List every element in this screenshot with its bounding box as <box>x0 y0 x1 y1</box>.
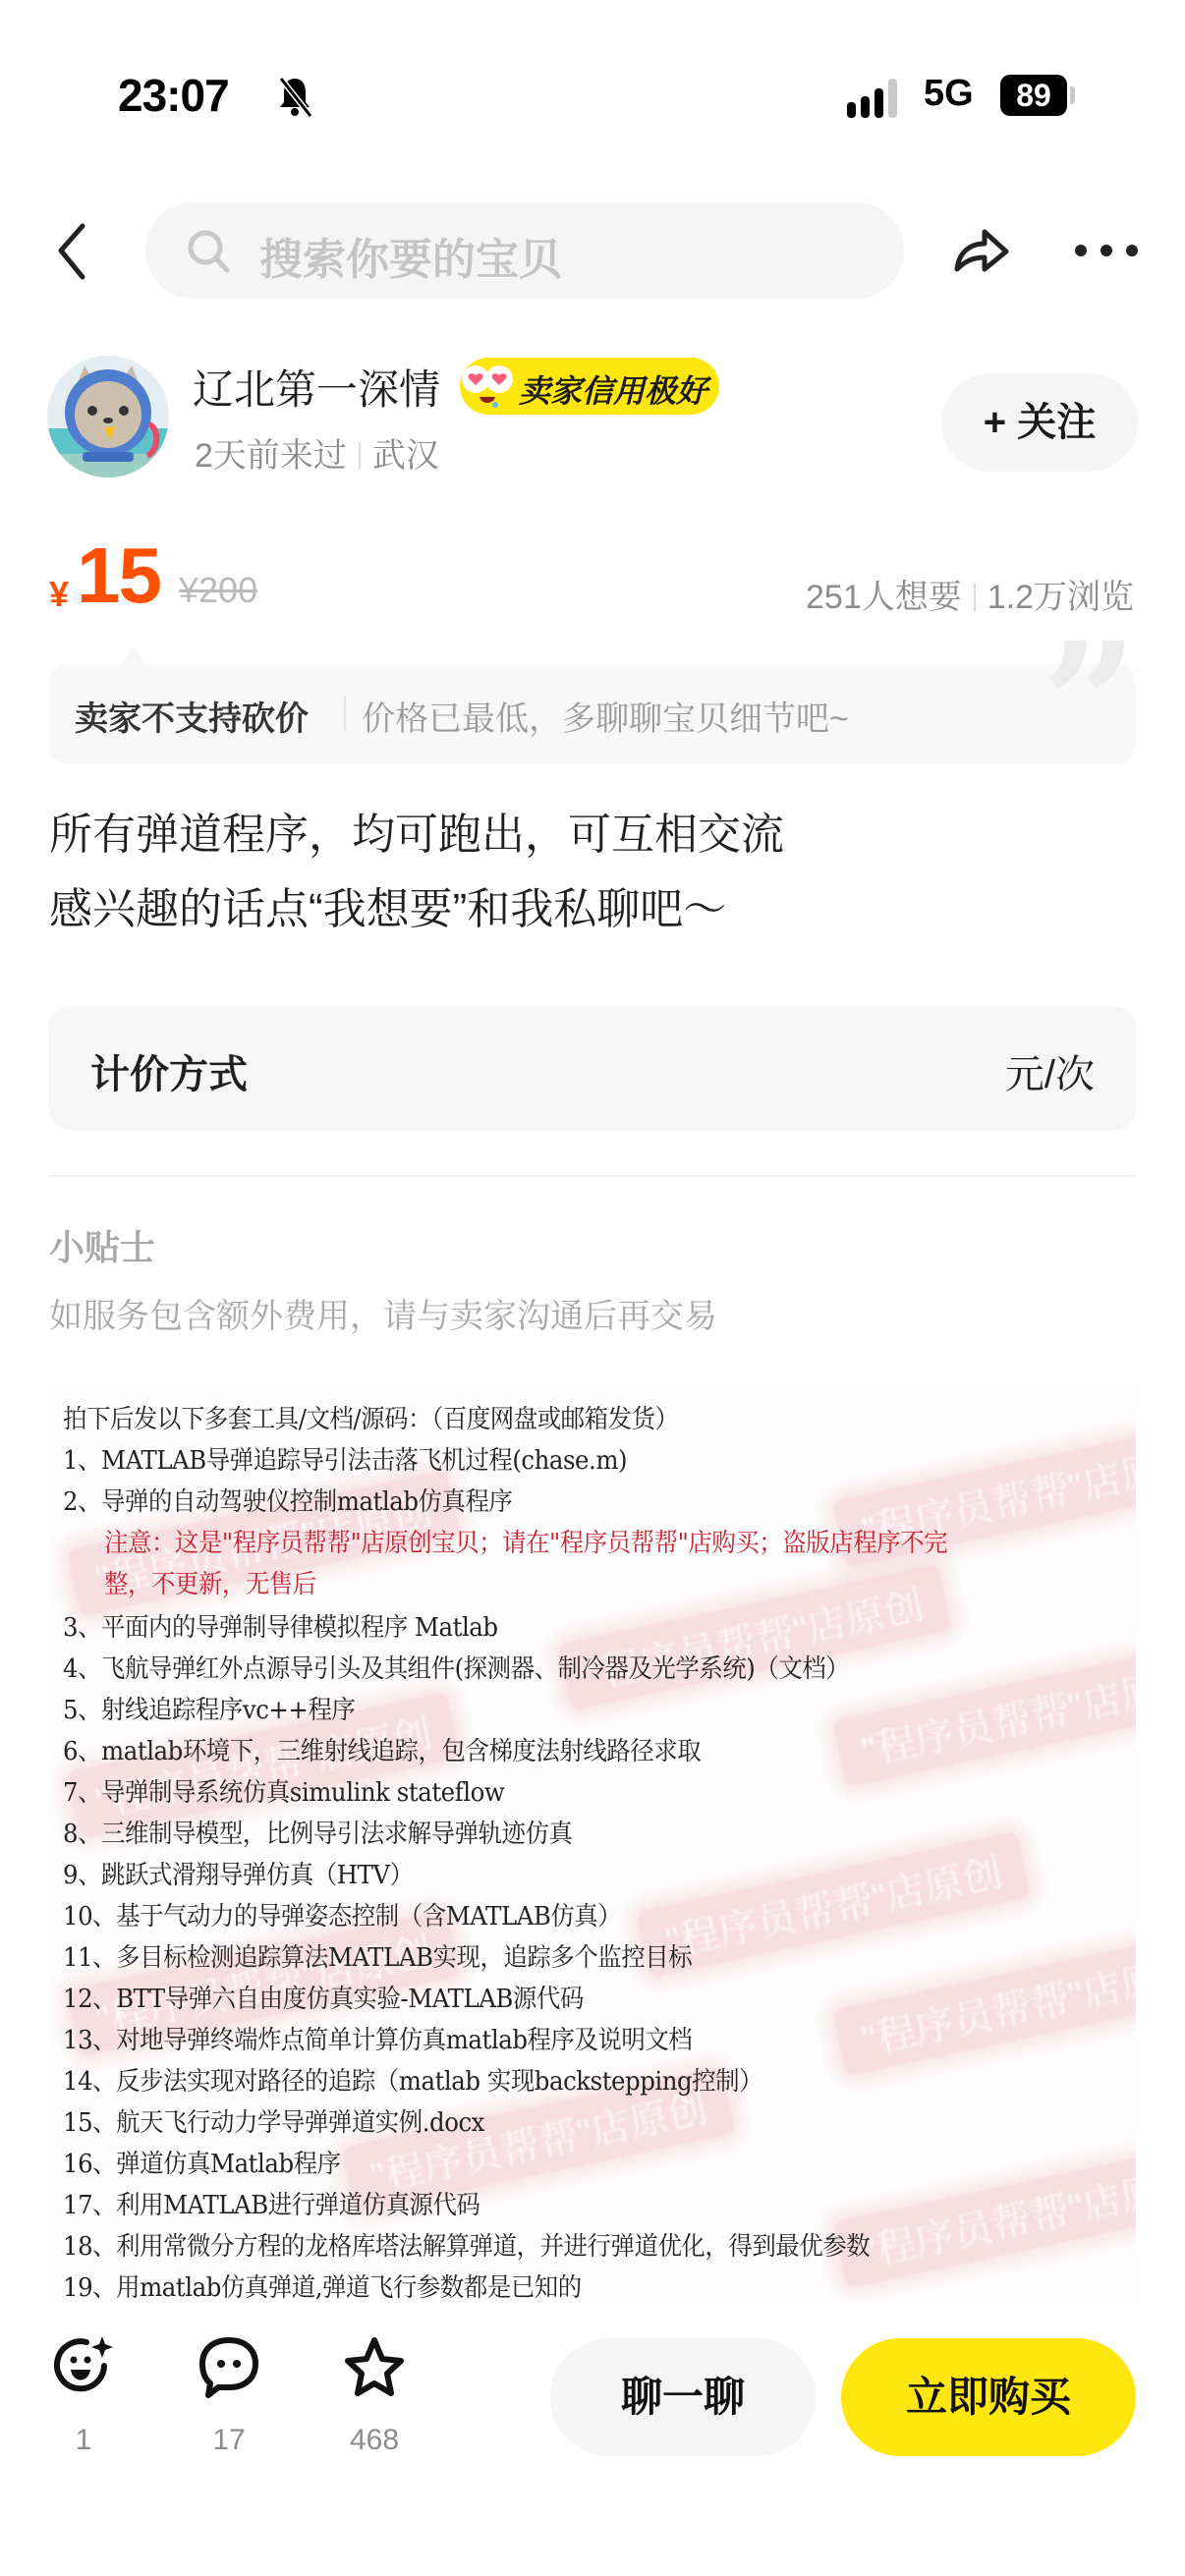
bottom-action-bar: 1 17 468 聊一聊 立即购买 <box>0 2303 1185 2576</box>
status-bar: 23:07 5G 89 <box>0 0 1185 187</box>
pricing-method-card: 计价方式 元/次 <box>49 1006 1136 1130</box>
description-line: 所有弹道程序，均可跑出，可互相交流 <box>49 798 1130 872</box>
bargain-note: ” 卖家不支持砍价 价格已最低，多聊聊宝贝细节吧~ <box>49 664 1136 764</box>
follow-button[interactable]: + 关注 <box>941 373 1138 472</box>
image-list-item: 6、matlab环境下，三维射线追踪，包含梯度法射线路径求取 <box>63 1731 701 1767</box>
bubble-tail <box>120 646 147 666</box>
pricing-method-value: 元/次 <box>1005 1043 1095 1099</box>
description-line: 感兴趣的话点“我想要”和我私聊吧～ <box>49 872 1130 947</box>
quote-mark-icon: ” <box>1042 621 1138 788</box>
bargain-title: 卖家不支持砍价 <box>75 692 309 740</box>
image-notice-line: 整，不更新，无售后 <box>104 1564 316 1600</box>
image-list-item: 12、BTT导弹六自由度仿真实验-MATLAB源代码 <box>63 1979 584 2015</box>
sparkle-smile-icon <box>49 2332 118 2401</box>
credit-badge: 卖家信用极好 <box>460 358 719 415</box>
image-list-item: 2、导弹的自动驾驶仪控制matlab仿真程序 <box>63 1482 512 1518</box>
chat-button[interactable]: 聊一聊 <box>550 2338 816 2456</box>
favorite-count: 468 <box>330 2424 419 2457</box>
comment-bubble-icon <box>195 2332 263 2401</box>
price-row: ¥ 15 ¥200 251人想要1.2万浏览 <box>0 531 1185 619</box>
watermark: "程序员帮帮"店原创 <box>557 1564 952 1711</box>
watermark: "程序员帮帮"店原创 <box>832 1641 1136 1788</box>
price-currency: ¥ <box>49 574 69 615</box>
image-list-item: 18、利用常微分方程的龙格库塔法解算弹道，并进行弹道优化，得到最优参数 <box>63 2226 870 2263</box>
heart-eyes-emoji-icon <box>460 360 515 413</box>
seller-meta: 2天前来过武汉 <box>195 428 439 476</box>
image-list-item: 19、用matlab仿真弹道,弹道飞行参数都是已知的 <box>63 2268 582 2303</box>
image-list-item: 14、反步法实现对路径的追踪（matlab 实现backstepping控制） <box>63 2061 762 2098</box>
tips-text: 如服务包含额外费用，请与卖家沟通后再交易 <box>49 1289 717 1337</box>
nav-bar: 搜索你要的宝贝 <box>0 196 1185 305</box>
bargain-text: 价格已最低，多聊聊宝贝细节吧~ <box>362 692 849 740</box>
search-placeholder: 搜索你要的宝贝 <box>259 224 562 287</box>
seller-name[interactable]: 辽北第一深情 <box>193 358 440 417</box>
image-list-item: 10、基于气动力的导弹姿态控制（含MATLAB仿真） <box>63 1896 621 1932</box>
image-list-item: 8、三维制导模型，比例导引法求解导弹轨迹仿真 <box>63 1814 572 1850</box>
image-list-item: 4、飞航导弹红外点源导引头及其组件(探测器、制冷器及光学系统)（文档） <box>63 1649 849 1685</box>
watermark: "程序员帮帮"店原创 <box>636 1831 1031 1979</box>
image-list-item: 7、导弹制导系统仿真simulink stateflow <box>63 1772 504 1809</box>
image-list-item: 1、MATLAB导弹追踪导引法击落飞机过程(chase.m) <box>63 1440 627 1477</box>
share-arrow-icon[interactable] <box>947 216 1016 285</box>
credit-badge-label: 卖家信用极好 <box>519 366 707 412</box>
pricing-method-label: 计价方式 <box>90 1043 248 1099</box>
image-list-item: 3、平面内的导弹制导律模拟程序 Matlab <box>63 1607 498 1644</box>
battery-cap <box>1070 86 1075 104</box>
comment-count: 17 <box>185 2424 273 2457</box>
reaction-count: 1 <box>39 2424 128 2457</box>
image-list-item: 9、跳跃式滑翔导弹仿真（HTV） <box>63 1855 414 1891</box>
favorite-button[interactable]: 468 <box>330 2332 419 2457</box>
section-divider <box>49 1175 1136 1177</box>
image-list-item: 13、对地导弹终端炸点简单计算仿真matlab程序及说明文档 <box>63 2020 692 2056</box>
image-list-item: 5、射线追踪程序vc++程序 <box>63 1690 355 1726</box>
tips-title: 小贴士 <box>49 1220 155 1270</box>
image-header-line: 拍下后发以下多套工具/文档/源码：（百度网盘或邮箱发货） <box>63 1399 679 1435</box>
watermark: "程序员帮帮"店原创 <box>832 2142 1136 2289</box>
signal-icon <box>847 79 902 118</box>
bargain-divider <box>344 696 346 731</box>
stats-divider <box>974 584 976 611</box>
image-notice-line: 注意：这是"程序员帮帮"店原创宝贝；请在"程序员帮帮"店购买；盗版店程序不完 <box>104 1523 947 1559</box>
seller-location: 武汉 <box>372 437 439 475</box>
avatar[interactable] <box>47 356 169 477</box>
search-icon <box>185 227 234 276</box>
wants-count: 251人想要 <box>806 579 962 616</box>
bell-slash-icon <box>275 75 314 118</box>
item-description: 所有弹道程序，均可跑出，可互相交流 感兴趣的话点“我想要”和我私聊吧～ <box>49 798 1130 947</box>
comment-button[interactable]: 17 <box>185 2332 273 2457</box>
meta-divider <box>359 442 361 470</box>
search-input[interactable]: 搜索你要的宝贝 <box>145 202 904 299</box>
image-list-item: 17、利用MATLAB进行弹道仿真源代码 <box>63 2185 480 2221</box>
battery-icon: 89 <box>1000 75 1067 116</box>
status-time: 23:07 <box>118 69 229 122</box>
more-dots-icon[interactable] <box>1067 226 1146 275</box>
network-type: 5G <box>924 73 974 115</box>
product-image[interactable]: "程序员帮帮"店原创 "程序员帮帮"店原创 "程序员帮帮"店原创 "程序员帮帮"… <box>49 1385 1136 2303</box>
seller-row: 辽北第一深情 卖家信用极好 2天前来过武汉 + 关注 <box>0 344 1185 481</box>
last-seen: 2天前来过 <box>195 437 347 475</box>
reaction-button[interactable]: 1 <box>39 2332 128 2457</box>
image-list-item: 15、航天飞行动力学导弹弹道实例.docx <box>63 2102 484 2139</box>
image-list-item: 16、弹道仿真Matlab程序 <box>63 2144 341 2180</box>
star-icon <box>340 2332 409 2401</box>
seal-avatar-icon <box>47 356 169 477</box>
chevron-left-icon[interactable] <box>39 216 108 285</box>
watermark: "程序员帮帮"店原创 <box>832 1930 1136 2077</box>
image-list-item: 11、多目标检测追踪算法MATLAB实现，追踪多个监控目标 <box>63 1937 692 1974</box>
buy-now-button[interactable]: 立即购买 <box>841 2338 1136 2456</box>
price-original: ¥200 <box>179 570 257 611</box>
price-current: 15 <box>77 531 160 621</box>
